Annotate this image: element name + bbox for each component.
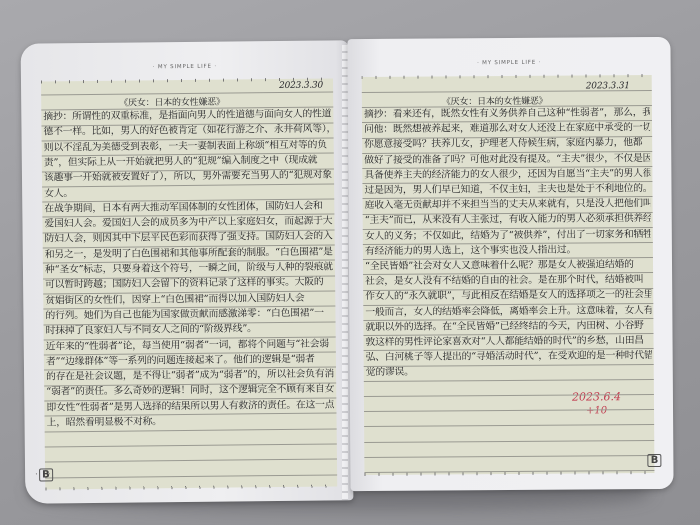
ruled-line	[364, 455, 654, 458]
ruled-line	[41, 91, 333, 95]
handwritten-line: 过是因为，男人们早已知道，不仅主妇，主夫也是处于不利地位的。其实，对家	[364, 183, 650, 197]
handwritten-line: 做好了接受的准备了吗？可他对此没有提及。“主夫”很少，不仅是因为	[364, 153, 650, 167]
ruled-area: 2023.3.31 《厌女：日本的女性嫌恶》 摘抄：看来还有，既然女性有义务供养…	[362, 75, 655, 475]
handwritten-line: 和另之一，是发明了白色围裙和其他事所配套的制服。“白色围裙”是一	[45, 246, 333, 261]
handwritten-line: 觉的谬误。	[366, 365, 652, 379]
ruled-line	[364, 424, 654, 427]
ruled-area: 2023.3.30 《厌女：日本的女性嫌恶》 摘抄：所谓性的双重标准，是指面向男…	[41, 78, 337, 489]
ruled-line	[45, 459, 337, 463]
handwritten-line: 上，昭然看明显极不对称。	[47, 414, 335, 429]
ruled-line	[45, 443, 337, 447]
left-notebook-page: · MY SIMPLE LIFE · 2023.3.30 《厌女：日本的女性嫌恶…	[21, 40, 354, 503]
grade-score: +10	[586, 405, 607, 416]
handwritten-line: 敦这样的男性评论家喜欢对“人人都能结婚的时代”的乡愁，山田昌	[366, 335, 652, 349]
handwritten-line: “全民皆婚”社会对女人又意味着什么呢？那是女人被强迫结婚的	[365, 259, 651, 273]
handwritten-line: 防妇人会，则因其中下层平民色彩而获得了强支持。国防妇人会的入会	[45, 231, 333, 246]
handwritten-line: 在战争期间，日本有两大推动军国体制的女性团体，国防妇人会和	[44, 200, 332, 215]
ruled-line	[364, 409, 654, 412]
entry-date: 2023.3.30	[279, 80, 323, 92]
handwritten-line: 问他：既然想被养起来，难道那么对女人还没上在家庭中承受的一切，	[364, 122, 650, 136]
handwritten-line: 社会，是女人没有不结婚的自由的社会。是在那个时代，结婚被叫	[365, 274, 651, 288]
handwritten-line: 时抹掉了良家妇人与不同女人之间的“阶级界线”。	[46, 323, 334, 338]
handwritten-line: 有经济能力的男人选上，这个事实也没人指出过。	[365, 244, 651, 258]
handwritten-line: “弱者”的责任。多么奇妙的逻辑！同时，这个逻辑完全不顾有来自女人，	[46, 384, 334, 399]
handwritten-line: 的行列。她们为自己也能为国家做贡献而感激涕零：“白色围裙”一	[45, 307, 333, 322]
handwritten-line: 者”“边缘群体”等一系列的问题连接起来了。他们的逻辑是“弱者	[46, 353, 334, 368]
ruled-line	[45, 474, 337, 478]
grade-date: 2023.6.4	[572, 390, 621, 403]
handwritten-line: 你愿意接受吗？扶养儿女，护理老人侍候生病，家庭内暴力，他都	[364, 137, 650, 151]
handwritten-line: 贫娼街区的女性们，因穿上“白色围裙”而得以加入国防妇人会	[45, 292, 333, 307]
handwritten-line: 就职以外的选择。在“全民皆婚”已经终结的今天，内田树、小谷野	[365, 320, 651, 334]
ruler-ticks-top	[362, 74, 652, 79]
handwritten-line: 责”，但实际上从一开始就把男人的“犯规”编入制度之中（现成就	[44, 154, 332, 169]
handwritten-line: 即女性“性弱者”是男人选择的结果所以男人有救济的责任。在这一点	[46, 399, 334, 414]
handwritten-line: 可以暂时跨越；国防妇人会留下的资料记录了这样的事实。大阪的	[45, 277, 333, 292]
handwritten-line: 德不一样。比如，男人的好色被肯定（如花行游之介、永井荷风等），而女人	[43, 124, 331, 139]
handwritten-line: 一般而言，女人的结婚率会降低，离婚率会上升。这意味着，女人有了永久	[365, 305, 651, 319]
handwritten-line: 庭收入毫无贡献却并不来担当当的丈夫从来就有，只是没人把他们叫作	[365, 198, 651, 212]
handwritten-line: 女人。	[44, 185, 332, 200]
handwritten-line: 具备使养主夫的经济能力的女人很少，还因为自愿当“主夫”的男人很少。这不	[364, 168, 650, 182]
page-header: · MY SIMPLE LIFE ·	[348, 59, 671, 67]
handwritten-line: 摘抄：看来还有，既然女性有义务供养自己这种“性弱者”，那么，我想问	[364, 107, 650, 121]
handwritten-line: 弘、白河桃子等人提出的“寻婚活动时代”，在受欢迎的是一种时代错	[366, 350, 652, 364]
handwritten-line: 作女人的“永久就职”，与此相反在结婚是女人的选择项之一的社会里，	[365, 289, 651, 303]
handwritten-line: 爱国妇人会。爱国妇人会的成员多为中产以上家庭妇女，而起源于大阪的国	[44, 216, 332, 231]
ruled-line	[364, 440, 654, 443]
page-header: · MY SIMPLE LIFE ·	[21, 62, 349, 71]
ruler-ticks-bottom	[45, 484, 337, 490]
handwritten-line: 女人的义务；不仅如此，结婚为了“被供养”，付出了一切家务和牺牲以求被	[365, 229, 651, 243]
right-notebook-page: · MY SIMPLE LIFE · 2023.3.31 《厌女：日本的女性嫌恶…	[347, 37, 673, 491]
handwritten-line: 的存在是社会议题，是不得让“弱者”成为“弱者”的，所以社会负有消除	[46, 369, 334, 384]
page-marker: B	[648, 454, 662, 467]
handwritten-line: “主夫”而已，从来没有人主张过，有收入能力的男人必须承担供养经济的	[365, 213, 651, 227]
handwritten-line: 摘抄：所谓性的双重标准，是指面向男人的性道德与面向女人的性道	[43, 108, 331, 123]
ruled-line	[364, 379, 654, 382]
handwritten-line: 则以不淫乱为美德受到表彰，一夫一妻制表面上称颂“相互对等的负	[44, 139, 332, 154]
page-marker: B	[39, 468, 53, 481]
handwritten-line: 近年来的“性弱者”论，每当使用“弱者”一词，都将个问题与“社会弱	[46, 338, 334, 353]
handwritten-line: 种“圣女”标志，只要身着这个符号，一瞬之间，阶级与人种的裂痕就	[45, 261, 333, 276]
handwritten-line: 该趣事一开始就被安置好了），所以，男外需要充当男人的“犯规对象”的	[44, 170, 332, 185]
